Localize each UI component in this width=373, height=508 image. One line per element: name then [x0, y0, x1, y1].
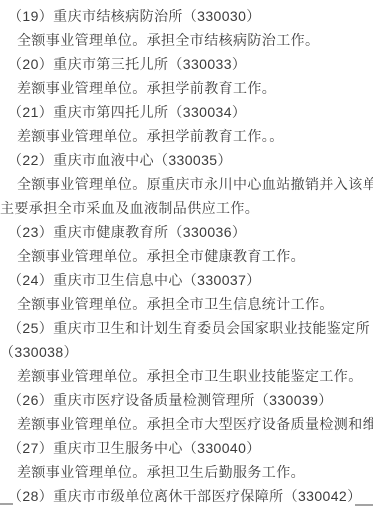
text-line: 全额事业管理单位。承担全市健康教育工作。	[0, 244, 373, 268]
text-line: 差额事业管理单位。承担全市卫生职业技能鉴定工作。	[0, 364, 373, 388]
text-line: 差额事业管理单位。承担卫生后勤服务工作。	[0, 460, 373, 484]
text-line: （22）重庆市血液中心（330035）	[0, 148, 373, 172]
text-line: （23）重庆市健康教育所（330036）	[0, 220, 373, 244]
text-line: 差额事业管理单位。承担全市大型医疗设备质量检测和维修。	[0, 412, 373, 436]
text-line: 差额事业管理单位。承担学前教育工作。。	[0, 124, 373, 148]
document-page: （19）重庆市结核病防治所（330030）全额事业管理单位。承担全市结核病防治工…	[0, 0, 373, 508]
text-line: （24）重庆市卫生信息中心（330037）	[0, 268, 373, 292]
text-line: （25）重庆市卫生和计划生育委员会国家职业技能鉴定所	[0, 316, 373, 340]
text-line: 差额事业管理单位。承担学前教育工作。	[0, 76, 373, 100]
page-border-fragment-right	[355, 504, 373, 506]
text-line: 主要承担全市采血及血液制品供应工作。	[0, 196, 373, 220]
text-line: （28）重庆市市级单位离休干部医疗保障所（330042）	[0, 484, 373, 508]
text-line: （21）重庆市第四托儿所（330034）	[0, 100, 373, 124]
text-line: 全额事业管理单位。承担全市卫生信息统计工作。	[0, 292, 373, 316]
text-line: 全额事业管理单位。承担全市结核病防治工作。	[0, 28, 373, 52]
text-line: （26）重庆市医疗设备质量检测管理所（330039）	[0, 388, 373, 412]
text-line: 全额事业管理单位。原重庆市永川中心血站撤销并入该单位，	[0, 172, 373, 196]
text-line: （20）重庆市第三托儿所（330033）	[0, 52, 373, 76]
text-line: （27）重庆市卫生服务中心（330040）	[0, 436, 373, 460]
text-line: （330038）	[0, 340, 373, 364]
page-border-fragment-left	[0, 503, 13, 505]
document-text: （19）重庆市结核病防治所（330030）全额事业管理单位。承担全市结核病防治工…	[0, 0, 373, 508]
text-line: （19）重庆市结核病防治所（330030）	[0, 4, 373, 28]
